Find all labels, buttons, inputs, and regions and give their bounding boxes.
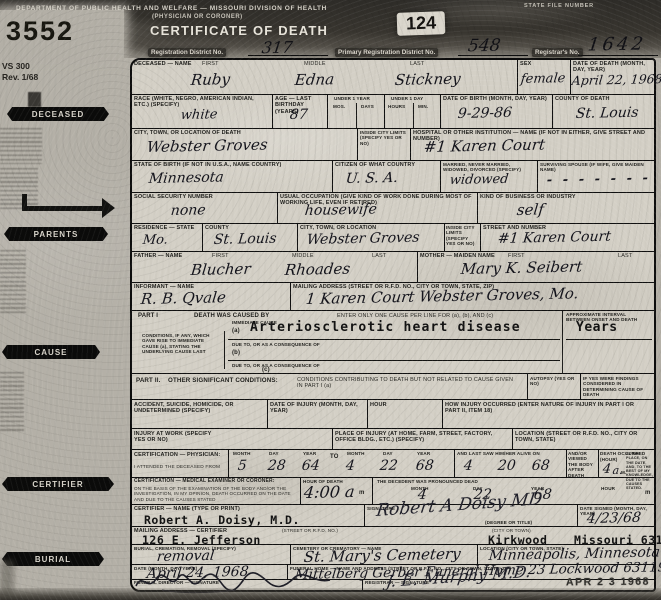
document-number: 3552 xyxy=(6,16,74,47)
last-saw-year-value: 68 xyxy=(531,458,550,474)
margin-tab-deceased: DECEASED xyxy=(7,107,109,121)
race-value: white xyxy=(180,107,218,123)
residence-state-value: Mo. xyxy=(142,232,169,248)
county-of-death-value: St. Louis xyxy=(575,105,639,122)
min-label: MIN. xyxy=(418,104,428,109)
cell-business: KIND OF BUSINESS OR INDUSTRY self xyxy=(477,193,654,223)
attended-label: I ATTENDED THE DECEASED FROM xyxy=(134,465,222,471)
first-col-label: FIRST xyxy=(202,61,219,67)
to-day-value: 22 xyxy=(379,458,398,474)
cell-informant: INFORMANT — NAME R. B. Qvale xyxy=(132,283,290,310)
year-col-label: YEAR xyxy=(417,451,430,456)
residence-county-value: St. Louis xyxy=(213,231,277,248)
enter-note: ENTER ONLY ONE CAUSE PER LINE FOR (a), (… xyxy=(337,313,493,319)
date-of-birth-value: 9-29-86 xyxy=(457,105,513,122)
row-injury-place: INJURY AT WORK (SPECIFY YES OR NO) PLACE… xyxy=(132,428,654,449)
mother-label: MOTHER — MAIDEN NAME xyxy=(420,253,495,259)
primary-district-value: 548 xyxy=(467,36,502,57)
row-race-age-dob: RACE (WHITE, NEGRO, AMERICAN INDIAN, ETC… xyxy=(132,94,654,128)
primary-district-underline xyxy=(458,55,528,56)
row-deceased-name: DECEASED — NAME FIRST MIDDLE LAST Ruby E… xyxy=(132,60,654,94)
cell-county-of-death: COUNTY OF DEATH St. Louis xyxy=(552,95,654,128)
row-informant: INFORMANT — NAME R. B. Qvale MAILING ADD… xyxy=(132,282,654,310)
margin-tab-parents: PARENTS xyxy=(4,227,108,241)
citizen-value: U. S. A. xyxy=(345,170,399,187)
contributing-note: CONDITIONS CONTRIBUTING TO DEATH BUT NOT… xyxy=(297,377,519,390)
father-last-value: Rhoades xyxy=(284,260,351,279)
cell-date-of-birth: DATE OF BIRTH (MONTH, DAY, YEAR) 9-29-86 xyxy=(440,95,552,128)
citizen-label: CITIZEN OF WHAT COUNTRY xyxy=(335,162,435,168)
residence-county-label: COUNTY xyxy=(205,225,229,231)
autopsy-label: AUTOPSY (YES OR NO) xyxy=(530,376,576,387)
cell-residence-county: COUNTY St. Louis xyxy=(202,224,297,251)
state-file-number-label: STATE FILE NUMBER xyxy=(524,3,594,9)
spouse-value: - - - - - - - xyxy=(546,171,652,188)
cell-certifier-city-state: (CITY OR TOWN) Kirkwood Missouri 63122 xyxy=(432,527,654,544)
day-col-label: DAY xyxy=(269,451,279,456)
conditions-brace xyxy=(224,331,225,369)
cell-residence-state: RESIDENCE — STATE Mo. xyxy=(132,224,202,251)
injury-location-label: LOCATION (STREET OR R.F.D. NO., CITY OR … xyxy=(515,431,651,444)
occupation-value: housewife xyxy=(304,201,378,219)
examiner-cert-text: ON THE BASIS OF THE EXAMINATION OF THE B… xyxy=(134,486,294,502)
informant-value: R. B. Qvale xyxy=(140,288,227,308)
cell-citizen: CITIZEN OF WHAT COUNTRY U. S. A. xyxy=(332,161,440,192)
cell-autopsy-findings: IF YES WERE FINDINGS CONSIDERED IN DETER… xyxy=(580,374,654,399)
last-col-label: LAST xyxy=(410,61,424,67)
street-paren-label: (STREET OR R.F.D. NO.) xyxy=(282,528,338,533)
scan-bottom-edge xyxy=(0,588,661,600)
cell-how-injury: HOW INJURY OCCURRED (ENTER NATURE OF INJ… xyxy=(442,400,654,428)
cell-date-signed: DATE SIGNED (MONTH, DAY, YEAR) 4/23/68 xyxy=(577,505,654,526)
page-number-stamp: 124 xyxy=(397,11,446,36)
reg-district-label: Registration District No. xyxy=(148,48,226,57)
injury-at-work-label: INJURY AT WORK (SPECIFY YES OR NO) xyxy=(134,431,224,444)
row-ssn-occupation: SOCIAL SECURITY NUMBER none USUAL OCCUPA… xyxy=(132,192,654,223)
certifier-name-label: CERTIFIER — NAME (TYPE OR PRINT) xyxy=(134,506,240,512)
to-month-value: 4 xyxy=(345,458,356,474)
hours-label: HOURS xyxy=(388,104,405,109)
pronounced-m-label: m xyxy=(645,490,651,497)
cell-injury-hour: HOUR xyxy=(367,400,442,428)
margin-arrow xyxy=(22,206,104,211)
cell-marital: MARRIED, NEVER MARRIED, WIDOWED, DIVORCE… xyxy=(440,161,537,192)
month-col-label: MONTH xyxy=(233,451,251,456)
burial-type-value: removal xyxy=(156,548,215,565)
cell-inside-limits: INSIDE CITY LIMITS (SPECIFY YES OR NO) xyxy=(357,129,410,160)
cause-line-a xyxy=(228,339,560,340)
cell-hospital: HOSPITAL OR OTHER INSTITUTION — NAME (IF… xyxy=(410,129,654,160)
cemetery-value: St. Mary's Cemetery xyxy=(303,545,462,566)
degree-title-label: (DEGREE OR TITLE) xyxy=(485,520,532,525)
primary-district-label: Primary Registration District No. xyxy=(335,48,438,57)
sex-value: female xyxy=(520,71,566,87)
cell-attended-dates: MONTH DAY YEAR TO MONTH DAY YEAR 5 28 64… xyxy=(228,450,454,477)
cell-part2: PART II. OTHER SIGNIFICANT CONDITIONS: C… xyxy=(132,374,527,399)
cell-informant-mailing: MAILING ADDRESS (STREET OR R.F.D. NO., C… xyxy=(290,283,654,310)
cell-city-of-death: CITY, TOWN, OR LOCATION OF DEATH Webster… xyxy=(132,129,357,160)
marital-value: widowed xyxy=(449,172,509,188)
reg-district-underline xyxy=(248,55,328,56)
cell-burial-type: BURIAL, CREMATION, REMOVAL (SPECIFY) rem… xyxy=(132,545,290,564)
residence-city-value: Webster Groves xyxy=(306,230,420,248)
cell-injury-date: DATE OF INJURY (MONTH, DAY, YEAR) xyxy=(267,400,367,428)
month-col-label: MONTH xyxy=(347,451,365,456)
father-label: FATHER — NAME xyxy=(134,253,182,259)
part2-label: PART II. xyxy=(136,377,160,384)
hour-col-label: HOUR xyxy=(601,486,615,491)
cell-sex: SEX female xyxy=(517,60,570,94)
row-residence: RESIDENCE — STATE Mo. COUNTY St. Louis C… xyxy=(132,223,654,251)
under-1-year-label: UNDER 1 YEAR xyxy=(334,96,370,101)
line-a-marker: (a) xyxy=(232,328,240,335)
margin-ink-blob xyxy=(28,92,41,107)
part1-label: PART I xyxy=(138,313,158,320)
cell-certifier-signature: SIGNATURE Robert A Doisy MD (DEGREE OR T… xyxy=(364,505,577,526)
state-of-birth-label: STATE OF BIRTH (IF NOT IN U.S.A., NAME C… xyxy=(134,162,324,168)
cell-physician-cert: CERTIFICATION — PHYSICIAN: I ATTENDED TH… xyxy=(132,450,228,477)
year-col-label: YEAR xyxy=(303,451,316,456)
cell-ssn: SOCIAL SECURITY NUMBER none xyxy=(132,193,277,223)
city-of-death-value: Webster Groves xyxy=(146,135,269,156)
cell-viewed-body: AND/OR VIEWED THE BODY AFTER DEATH xyxy=(566,450,598,477)
last-saw-label: AND LAST SAW HIM/HER ALIVE ON xyxy=(457,451,563,456)
cell-last-saw: AND LAST SAW HIM/HER ALIVE ON 4 20 68 xyxy=(454,450,566,477)
county-of-death-label: COUNTY OF DEATH xyxy=(555,96,610,102)
certificate-form: DECEASED — NAME FIRST MIDDLE LAST Ruby E… xyxy=(130,58,656,592)
cell-certifier-address: MAILING ADDRESS — CERTIFIER (STREET OR R… xyxy=(132,527,432,544)
middle-name-value: Edna xyxy=(294,70,335,89)
cell-residence-limits: INSIDE CITY LIMITS (SPECIFY YES OR NO) xyxy=(444,224,480,251)
state-of-birth-value: Minnesota xyxy=(148,169,225,187)
hour-m-label: m xyxy=(359,490,365,497)
interval-a-value: Years xyxy=(576,320,618,335)
age-value: 87 xyxy=(289,107,308,123)
findings-label: IF YES WERE FINDINGS CONSIDERED IN DETER… xyxy=(583,376,651,398)
cell-cemetery: CEMETERY OR CREMATORY — NAME St. Mary's … xyxy=(290,545,477,564)
margin-tab-burial: BURIAL xyxy=(2,552,104,566)
date-of-birth-label: DATE OF BIRTH (MONTH, DAY, YEAR) xyxy=(443,96,548,102)
cell-place-of-injury: PLACE OF INJURY (AT HOME, FARM, STREET, … xyxy=(332,429,512,449)
form-number: VS 300 xyxy=(2,61,30,71)
row-certification-physician: CERTIFICATION — PHYSICIAN: I ATTENDED TH… xyxy=(132,449,654,477)
cell-surviving-spouse: SURVIVING SPOUSE (IF WIFE, GIVE MAIDEN N… xyxy=(537,161,654,192)
how-injury-label: HOW INJURY OCCURRED (ENTER NATURE OF INJ… xyxy=(445,402,650,415)
from-month-value: 5 xyxy=(237,458,248,474)
days-label: DAYS xyxy=(361,104,374,109)
to-year-value: 68 xyxy=(415,458,434,474)
line-b-marker: (b) xyxy=(232,350,240,357)
injury-date-label: DATE OF INJURY (MONTH, DAY, YEAR) xyxy=(270,402,362,415)
business-label: KIND OF BUSINESS OR INDUSTRY xyxy=(480,194,576,200)
interval-line-a xyxy=(566,339,652,340)
date-signed-value: 4/23/68 xyxy=(586,510,642,527)
interval-divider xyxy=(562,311,563,373)
margin-arrow xyxy=(102,198,115,218)
row-cause-part2: PART II. OTHER SIGNIFICANT CONDITIONS: C… xyxy=(132,373,654,399)
hospital-value: #1 Karen Court xyxy=(423,135,546,156)
last-col-label: LAST xyxy=(372,253,386,259)
registrar-no-label: Registrar's No. xyxy=(532,48,583,57)
divider xyxy=(413,103,414,128)
business-value: self xyxy=(516,200,545,219)
date-received-stamp: APR 2 3 1968 xyxy=(566,576,650,589)
cell-residence-city: CITY, TOWN, OR LOCATION Webster Groves xyxy=(297,224,444,251)
father-first-value: Blucher xyxy=(190,260,252,279)
residence-street-value: #1 Karen Court xyxy=(497,229,612,247)
from-day-value: 28 xyxy=(267,458,286,474)
deceased-name-label: DECEASED — NAME xyxy=(134,61,192,67)
cell-certifier-name: CERTIFIER — NAME (TYPE OR PRINT) Robert … xyxy=(132,505,364,526)
sex-label: SEX xyxy=(520,61,531,67)
cell-hour-of-death: HOUR OF DEATH 4:00 a m xyxy=(300,478,372,504)
physician-cert-label: CERTIFICATION — PHYSICIAN: xyxy=(134,452,222,458)
cell-age: AGE — LAST BIRTHDAY (YEARS) 87 xyxy=(272,95,327,128)
row-cause-part1: PART I DEATH WAS CAUSED BY ENTER ONLY ON… xyxy=(132,310,654,373)
ssn-value: none xyxy=(170,202,206,219)
cell-injury-location: LOCATION (STREET OR R.F.D. NO., CITY OR … xyxy=(512,429,654,449)
injury-hour-label: HOUR xyxy=(370,402,387,408)
conditions-note: CONDITIONS, IF ANY, WHICH GAVE RISE TO I… xyxy=(142,333,222,355)
mos-label: MOS. xyxy=(333,104,345,109)
form-revision: Rev. 1/68 xyxy=(2,72,38,82)
marital-label: MARRIED, NEVER MARRIED, WIDOWED, DIVORCE… xyxy=(443,162,533,173)
row-accident: ACCIDENT, SUICIDE, HOMICIDE, OR UNDETERM… xyxy=(132,399,654,428)
last-saw-day-value: 20 xyxy=(497,458,516,474)
divider xyxy=(356,103,357,128)
registrar-no-underline xyxy=(578,55,658,56)
cell-under-1-year: UNDER 1 YEAR MOS. DAYS xyxy=(327,95,384,128)
place-of-injury-label: PLACE OF INJURY (AT HOME, FARM, STREET, … xyxy=(335,431,507,444)
day-col-label: DAY xyxy=(383,451,393,456)
middle-col-label: MIDDLE xyxy=(292,253,314,259)
row-place-of-death: CITY, TOWN, OR LOCATION OF DEATH Webster… xyxy=(132,128,654,160)
date-of-death-value: April 22, 1968 xyxy=(571,71,661,88)
accident-label: ACCIDENT, SUICIDE, HOMICIDE, OR UNDETERM… xyxy=(134,402,262,415)
cell-under-1-day: UNDER 1 DAY HOURS MIN. xyxy=(384,95,440,128)
death-certificate-scan: DEPARTMENT OF PUBLIC HEALTH AND WELFARE … xyxy=(0,0,661,600)
cell-father: FATHER — NAME FIRST MIDDLE LAST Blucher … xyxy=(132,252,417,282)
last-name-value: Stickney xyxy=(394,70,462,89)
cell-examiner-cert: CERTIFICATION — MEDICAL EXAMINER OR CORO… xyxy=(132,478,300,504)
cell-occupation: USUAL OCCUPATION (GIVE KIND OF WORK DONE… xyxy=(277,193,477,223)
immediate-cause-value: Arteriosclerotic heart disease xyxy=(250,320,521,335)
margin-smudge xyxy=(0,372,24,432)
occurred-hour-value: 4 xyxy=(602,462,612,477)
last-saw-month-value: 4 xyxy=(463,458,474,474)
inside-limits-label: INSIDE CITY LIMITS (SPECIFY YES OR NO) xyxy=(360,130,408,146)
registrar-no-value: 1642 xyxy=(587,33,648,55)
cell-state-of-birth: STATE OF BIRTH (IF NOT IN U.S.A., NAME C… xyxy=(132,161,332,192)
row-certifier-address: MAILING ADDRESS — CERTIFIER (STREET OR R… xyxy=(132,526,654,544)
cell-injury-at-work: INJURY AT WORK (SPECIFY YES OR NO) xyxy=(132,429,332,449)
row-parents: FATHER — NAME FIRST MIDDLE LAST Blucher … xyxy=(132,251,654,282)
first-name-value: Ruby xyxy=(190,70,231,89)
margin-smudge xyxy=(0,250,26,316)
under-1-day-label: UNDER 1 DAY xyxy=(391,96,423,101)
hour-of-death-value: 4:00 a xyxy=(303,482,356,502)
margin-tab-cause: CAUSE xyxy=(2,345,100,359)
cell-accident: ACCIDENT, SUICIDE, HOMICIDE, OR UNDETERM… xyxy=(132,400,267,428)
cell-deceased-name: DECEASED — NAME FIRST MIDDLE LAST Ruby E… xyxy=(132,60,517,94)
cell-race: RACE (WHITE, NEGRO, AMERICAN INDIAN, ETC… xyxy=(132,95,272,128)
pronounced-label: THE DECEDENT WAS PRONOUNCED DEAD xyxy=(377,479,537,484)
cause-line-b xyxy=(228,360,560,361)
due-to-label-b: DUE TO, OR AS A CONSEQUENCE OF xyxy=(232,342,320,347)
cell-mother: MOTHER — MAIDEN NAME FIRST LAST Mary K. … xyxy=(417,252,654,282)
cell-date-of-death: DATE OF DEATH (MONTH, DAY, YEAR) April 2… xyxy=(570,60,654,94)
last-col-label: LAST xyxy=(618,253,632,259)
examiner-cert-label: CERTIFICATION — MEDICAL EXAMINER OR CORO… xyxy=(134,479,294,485)
certifier-name-value: Robert A. Doisy, M.D. xyxy=(144,513,300,527)
first-col-label: FIRST xyxy=(212,253,229,259)
margin-tab-certifier: CERTIFIER xyxy=(2,477,114,491)
cell-autopsy: AUTOPSY (YES OR NO) xyxy=(527,374,580,399)
to-label: TO xyxy=(330,454,339,461)
certificate-title: CERTIFICATE OF DEATH xyxy=(150,23,328,38)
mother-value: Mary K. Seibert xyxy=(460,257,583,278)
physician-coroner-line: (PHYSICIAN OR CORONER) xyxy=(152,14,243,20)
department-line: DEPARTMENT OF PUBLIC HEALTH AND WELFARE … xyxy=(16,5,327,12)
residence-state-label: RESIDENCE — STATE xyxy=(134,225,198,231)
cell-death-occurred: DEATH OCCURRED (HOUR) 4 a. M. AT THE PLA… xyxy=(598,450,654,477)
cell-residence-street: STREET AND NUMBER #1 Karen Court xyxy=(480,224,654,251)
row-certifier: CERTIFIER — NAME (TYPE OR PRINT) Robert … xyxy=(132,504,654,526)
other-conditions-label: OTHER SIGNIFICANT CONDITIONS: xyxy=(168,377,278,384)
due-to-label-c: DUE TO, OR AS A CONSEQUENCE OF xyxy=(232,363,320,368)
middle-col-label: MIDDLE xyxy=(304,61,326,67)
row-birth-citizen-marital: STATE OF BIRTH (IF NOT IN U.S.A., NAME C… xyxy=(132,160,654,192)
residence-limits-label: INSIDE CITY LIMITS (SPECIFY YES OR NO) xyxy=(446,225,479,247)
margin-smudge xyxy=(0,128,42,164)
from-year-value: 64 xyxy=(301,458,320,474)
viewed-body-label: AND/OR VIEWED THE BODY AFTER DEATH xyxy=(568,451,598,478)
ssn-label: SOCIAL SECURITY NUMBER xyxy=(134,194,213,200)
